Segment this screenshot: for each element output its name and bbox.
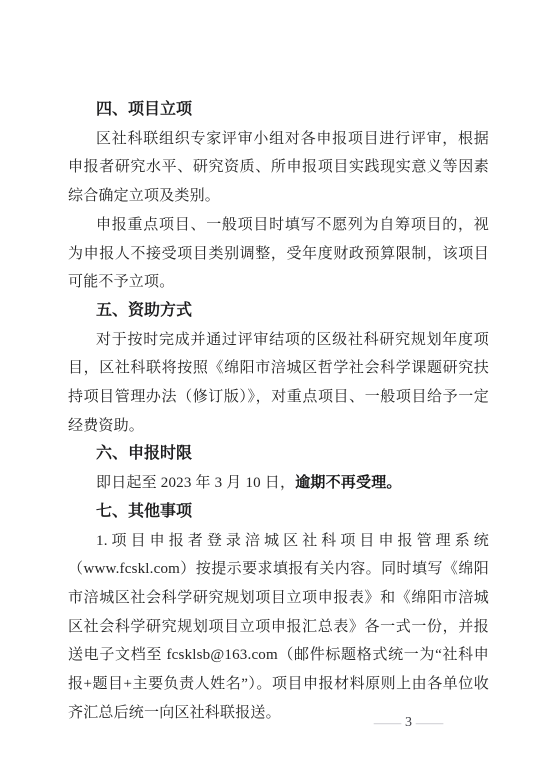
page-number-value: 3	[405, 714, 412, 732]
paragraph: 申报重点项目、一般项目时填写不愿列为自筹项目的，视为申报人不接受项目类别调整，受…	[68, 211, 489, 297]
document-body: 四、项目立项 区社科联组织专家评审小组对各申报项目进行评审，根据申报者研究水平、…	[68, 96, 489, 727]
page-number-dash-left: —	[374, 714, 401, 732]
paragraph-deadline: 即日起至 2023 年 3 月 10 日，逾期不再受理。	[68, 469, 489, 498]
section-heading-other-matters: 七、其他事项	[68, 498, 489, 527]
deadline-bold-text: 逾期不再受理。	[295, 475, 401, 491]
document-page: 四、项目立项 区社科联组织专家评审小组对各申报项目进行评审，根据申报者研究水平、…	[0, 0, 554, 783]
page-number-dash-right: —	[416, 714, 443, 732]
section-heading-funding-method: 五、资助方式	[68, 297, 489, 326]
section-heading-application-deadline: 六、申报时限	[68, 440, 489, 469]
paragraph: 对于按时完成并通过评审结项的区级社科研究规划年度项目，区社科联将按照《绵阳市涪城…	[68, 326, 489, 441]
paragraph: 1.项目申报者登录涪城区社科项目申报管理系统（www.fcskl.com）按提示…	[68, 527, 489, 728]
paragraph: 区社科联组织专家评审小组对各申报项目进行评审，根据申报者研究水平、研究资质、所申…	[68, 125, 489, 211]
page-number: — 3 —	[381, 714, 436, 732]
deadline-text: 即日起至 2023 年 3 月 10 日，	[96, 475, 295, 491]
section-heading-project-approval: 四、项目立项	[68, 96, 489, 125]
